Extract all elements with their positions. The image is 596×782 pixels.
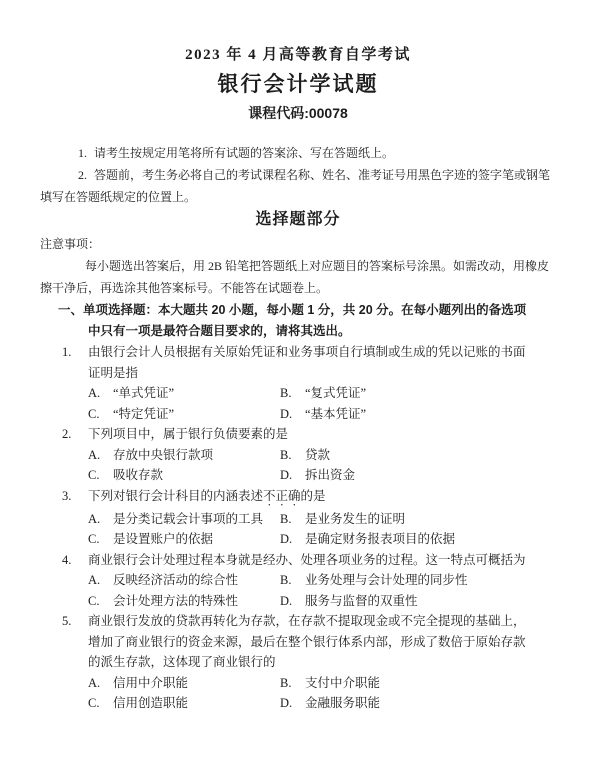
question-4-stem-line-1: 商业银行会计处理过程本身就是经办、处理各项业务的过程。这一特点可概括为 (88, 553, 526, 567)
question-3-stem-emphasis: 不正确 (263, 489, 301, 503)
question-3: 3.下列对银行会计科目的内涵表述不正确的是 A.是分类记载会计事项的工具 B.是… (40, 486, 556, 550)
question-3-stem: 3.下列对银行会计科目的内涵表述不正确的是 (40, 486, 556, 509)
option-c-label: C. (88, 404, 113, 425)
instruction-1-text: 请考生按规定用笔将所有试题的答案涂、写在答题纸上。 (94, 146, 394, 160)
option-b-text: “复式凭证” (305, 386, 366, 400)
candidate-instructions: 1.请考生按规定用笔将所有试题的答案涂、写在答题纸上。 2.答题前，考生务必将自… (40, 142, 556, 208)
option-d-text: 金融服务职能 (305, 696, 380, 710)
question-5-options-row-2: C.信用创造职能 D.金融服务职能 (40, 693, 556, 714)
notice-line-2: 擦干净后，再选涂其他答案标号。不能答在试题卷上。 (40, 277, 556, 299)
question-1-options-row-1: A.“单式凭证” B.“复式凭证” (40, 383, 556, 404)
option-b-text: 业务处理与会计处理的同步性 (305, 573, 468, 587)
question-1-stem: 1.由银行会计人员根据有关原始凭证和业务事项自行填制或生成的凭以记账的书面 (40, 342, 556, 363)
exam-subject-title: 银行会计学试题 (40, 72, 556, 97)
question-2-options-row-1: A.存放中央银行款项 B.贷款 (40, 445, 556, 466)
option-b-label: B. (280, 673, 305, 694)
question-4-option-a: A.反映经济活动的综合性 (88, 573, 238, 587)
question-3-options-row-1: A.是分类记载会计事项的工具 B.是业务发生的证明 (40, 509, 556, 530)
option-b-label: B. (280, 445, 305, 466)
instruction-item-1: 1.请考生按规定用笔将所有试题的答案涂、写在答题纸上。 (40, 142, 556, 164)
option-d-text: 拆出资金 (305, 468, 355, 482)
question-5-option-d: D.金融服务职能 (280, 693, 380, 714)
question-4-options-row-1: A.反映经济活动的综合性 B.业务处理与会计处理的同步性 (40, 570, 556, 591)
question-2-option-a: A.存放中央银行款项 (88, 448, 213, 462)
question-5-stem-line-1: 商业银行发放的贷款再转化为存款，在存款不提取现金或不完全提现的基础上， (88, 614, 526, 628)
option-c-label: C. (88, 693, 113, 714)
question-2-option-c: C.吸收存款 (88, 468, 163, 482)
option-b-text: 贷款 (305, 448, 330, 462)
option-c-text: 吸收存款 (113, 468, 163, 482)
instruction-1-number: 1. (78, 142, 87, 164)
option-c-label: C. (88, 591, 113, 612)
course-code: 课程代码:00078 (40, 105, 556, 122)
question-3-option-c: C.是设置账户的依据 (88, 532, 213, 546)
question-2-options-row-2: C.吸收存款 D.拆出资金 (40, 465, 556, 486)
option-a-label: A. (88, 445, 113, 466)
question-4-option-d: D.服务与监督的双重性 (280, 591, 418, 612)
option-c-text: 信用创造职能 (113, 696, 188, 710)
question-5-number: 5. (62, 611, 71, 632)
notice-block: 注意事项： 每小题选出答案后，用 2B 铅笔把答题纸上对应题目的答案标号涂黑。如… (40, 233, 556, 299)
question-1-option-a: A.“单式凭证” (88, 386, 174, 400)
option-a-text: “单式凭证” (113, 386, 174, 400)
exam-title: 2023 年 4 月高等教育自学考试 (40, 46, 556, 64)
part1-heading-line-2: 中只有一项是最符合题目要求的，请将其选出。 (40, 321, 556, 342)
question-4-options-row-2: C.会计处理方法的特殊性 D.服务与监督的双重性 (40, 591, 556, 612)
question-1-stem-line-1: 由银行会计人员根据有关原始凭证和业务事项自行填制或生成的凭以记账的书面 (88, 345, 526, 359)
question-5-option-b: B.支付中介职能 (280, 673, 380, 694)
option-c-text: 是设置账户的依据 (113, 532, 213, 546)
option-d-text: “基本凭证” (305, 407, 366, 421)
option-a-label: A. (88, 383, 113, 404)
question-4-option-b: B.业务处理与会计处理的同步性 (280, 570, 468, 591)
option-d-label: D. (280, 693, 305, 714)
option-c-text: 会计处理方法的特殊性 (113, 594, 238, 608)
part1-heading: 一、单项选择题：本大题共 20 小题，每小题 1 分，共 20 分。在每小题列出… (40, 300, 556, 342)
question-3-stem-post: 的是 (301, 489, 326, 503)
question-list: 1.由银行会计人员根据有关原始凭证和业务事项自行填制或生成的凭以记账的书面 证明… (40, 342, 556, 714)
question-2-stem-line-1: 下列项目中，属于银行负债要素的是 (88, 427, 288, 441)
exam-paper-page: 2023 年 4 月高等教育自学考试 银行会计学试题 课程代码:00078 1.… (0, 0, 596, 782)
option-d-text: 是确定财务报表项目的依据 (305, 532, 455, 546)
option-d-text: 服务与监督的双重性 (305, 594, 418, 608)
question-3-stem-pre: 下列对银行会计科目的内涵表述 (88, 489, 263, 503)
option-d-label: D. (280, 529, 305, 550)
question-1: 1.由银行会计人员根据有关原始凭证和业务事项自行填制或生成的凭以记账的书面 证明… (40, 342, 556, 424)
question-5-option-a: A.信用中介职能 (88, 676, 188, 690)
option-a-label: A. (88, 570, 113, 591)
notice-line-1: 每小题选出答案后，用 2B 铅笔把答题纸上对应题目的答案标号涂黑。如需改动，用橡… (40, 255, 556, 277)
question-2: 2.下列项目中，属于银行负债要素的是 A.存放中央银行款项 B.贷款 C.吸收存… (40, 424, 556, 486)
question-3-options-row-2: C.是设置账户的依据 D.是确定财务报表项目的依据 (40, 529, 556, 550)
question-3-number: 3. (62, 486, 71, 507)
option-d-label: D. (280, 591, 305, 612)
question-1-option-d: D.“基本凭证” (280, 404, 366, 425)
section-heading: 选择题部分 (40, 209, 556, 231)
instruction-item-2: 2.答题前，考生务必将自己的考试课程名称、姓名、准考证号用黑色字迹的签字笔或钢笔 (40, 164, 556, 186)
option-a-text: 是分类记载会计事项的工具 (113, 512, 263, 526)
part1-heading-line-1: 一、单项选择题：本大题共 20 小题，每小题 1 分，共 20 分。在每小题列出… (40, 300, 556, 321)
instruction-item-2-continuation: 填写在答题纸规定的位置上。 (40, 186, 556, 208)
question-1-option-c: C.“特定凭证” (88, 407, 174, 421)
question-5-stem-line-3: 的派生存款，这体现了商业银行的 (40, 652, 556, 673)
question-2-option-b: B.贷款 (280, 445, 330, 466)
option-c-label: C. (88, 529, 113, 550)
question-1-option-b: B.“复式凭证” (280, 383, 366, 404)
question-3-option-b: B.是业务发生的证明 (280, 509, 405, 530)
instruction-2-number: 2. (78, 164, 87, 186)
question-5-stem: 5.商业银行发放的贷款再转化为存款，在存款不提取现金或不完全提现的基础上， (40, 611, 556, 632)
instruction-2-text: 答题前，考生务必将自己的考试课程名称、姓名、准考证号用黑色字迹的签字笔或钢笔 (94, 168, 550, 182)
option-a-text: 信用中介职能 (113, 676, 188, 690)
option-b-text: 是业务发生的证明 (305, 512, 405, 526)
notice-label: 注意事项： (40, 233, 556, 255)
question-4: 4.商业银行会计处理过程本身就是经办、处理各项业务的过程。这一特点可概括为 A.… (40, 550, 556, 612)
option-a-text: 存放中央银行款项 (113, 448, 213, 462)
option-b-label: B. (280, 570, 305, 591)
question-2-option-d: D.拆出资金 (280, 465, 355, 486)
option-a-label: A. (88, 673, 113, 694)
option-c-text: “特定凭证” (113, 407, 174, 421)
question-5-options-row-1: A.信用中介职能 B.支付中介职能 (40, 673, 556, 694)
option-d-label: D. (280, 465, 305, 486)
question-3-option-a: A.是分类记载会计事项的工具 (88, 512, 263, 526)
question-1-stem-line-2: 证明是指 (40, 363, 556, 384)
question-2-stem: 2.下列项目中，属于银行负债要素的是 (40, 424, 556, 445)
option-a-text: 反映经济活动的综合性 (113, 573, 238, 587)
question-3-option-d: D.是确定财务报表项目的依据 (280, 529, 455, 550)
question-1-number: 1. (62, 342, 71, 363)
question-4-option-c: C.会计处理方法的特殊性 (88, 594, 238, 608)
question-5: 5.商业银行发放的贷款再转化为存款，在存款不提取现金或不完全提现的基础上， 增加… (40, 611, 556, 714)
question-2-number: 2. (62, 424, 71, 445)
question-5-stem-line-2: 增加了商业银行的资金来源，最后在整个银行体系内部，形成了数倍于原始存款 (40, 632, 556, 653)
question-4-stem: 4.商业银行会计处理过程本身就是经办、处理各项业务的过程。这一特点可概括为 (40, 550, 556, 571)
option-b-label: B. (280, 383, 305, 404)
option-b-label: B. (280, 509, 305, 530)
part1-heading-text: 单项选择题：本大题共 20 小题，每小题 1 分，共 20 分。在每小题列出的备… (83, 303, 526, 317)
question-1-options-row-2: C.“特定凭证” D.“基本凭证” (40, 404, 556, 425)
question-4-number: 4. (62, 550, 71, 571)
question-5-option-c: C.信用创造职能 (88, 696, 188, 710)
option-c-label: C. (88, 465, 113, 486)
option-b-text: 支付中介职能 (305, 676, 380, 690)
part1-number: 一、 (58, 303, 83, 317)
option-d-label: D. (280, 404, 305, 425)
option-a-label: A. (88, 509, 113, 530)
